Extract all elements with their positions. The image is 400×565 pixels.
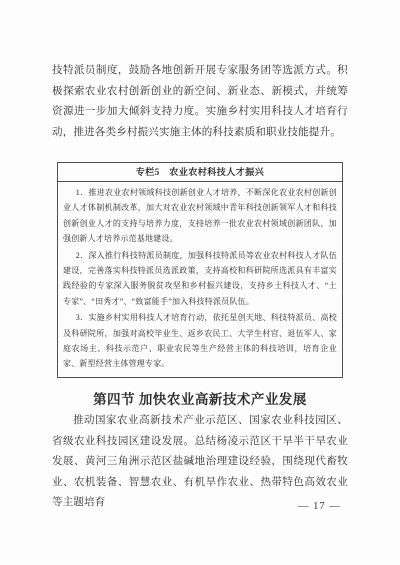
body-paragraph-top: 技特派员制度，鼓励各地创新开展专家服务团等选派方式。积极探索农业农村创新创业的新…: [52, 61, 348, 143]
section-heading: 第四节 加快农业高新技术产业发展: [0, 392, 400, 408]
feature-box-column-5: 专栏5 农业农村科技人才振兴 1．推进农业农村领域科技创新创业人才培养，不断深化…: [57, 162, 343, 378]
page-number: — 17 —: [298, 501, 341, 512]
body-paragraph-bottom: 推动国家农业高新技术产业示范区、国家农业科技园区、省级农业科技园区建设发展。总结…: [52, 411, 348, 514]
feature-box-body: 1．推进农业农村领域科技创新创业人才培养，不断深化农业农村创新创业人才体制机制改…: [58, 182, 342, 377]
feature-box-title: 专栏5 农业农村科技人才振兴: [58, 163, 342, 182]
feature-box-item-3: 3．实施乡村实用科技人才培育行动，依托星创天地、科技特派员、高校及科研院所，加强…: [63, 310, 337, 372]
document-page: 技特派员制度，鼓励各地创新开展专家服务团等选派方式。积极探索农业农村创新创业的新…: [0, 0, 400, 565]
feature-box-item-1: 1．推进农业农村领域科技创新创业人才培养，不断深化农业农村创新创业人才体制机制改…: [63, 185, 337, 247]
feature-box-item-2: 2．深入推行科技特派员制度，加强科技特派员等农业农村科技人才队伍建设，完善落实科…: [63, 248, 337, 310]
